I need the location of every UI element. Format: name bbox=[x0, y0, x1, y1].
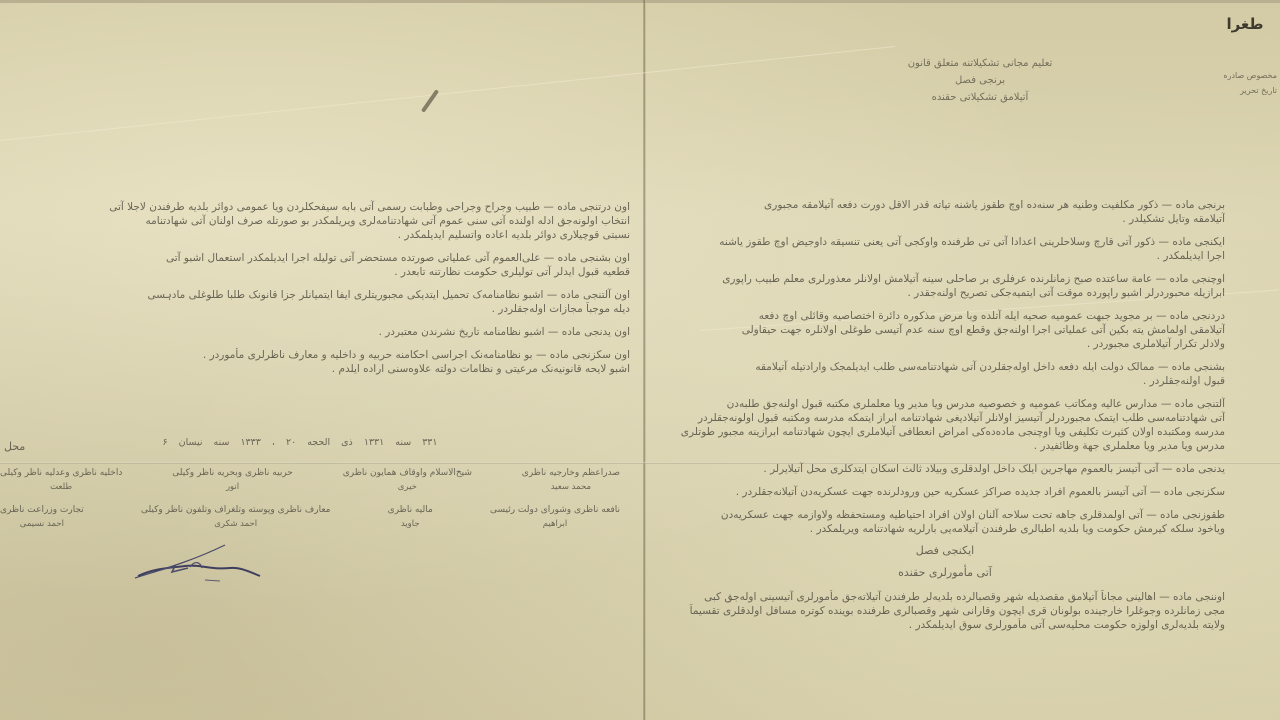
article-10: اوننجی ماده — اهالینی مجاناً آتیلامق مقص… bbox=[665, 590, 1225, 632]
chapter-title: برنجی فصل bbox=[880, 72, 1080, 89]
article-9: طقوزنجی ماده — آتی اولمدقلری جاهه تحت سل… bbox=[665, 508, 1225, 536]
article-16: اون آلتنجی ماده — اشبو نظامنامه‌ک تحمیل … bbox=[0, 288, 630, 316]
signature-block: مالیه ناظری جاوید bbox=[388, 503, 433, 531]
document-header: تعلیم مجانی تشکیلاتنه متعلق قانون برنجی … bbox=[880, 55, 1080, 106]
left-page-body: اون درتنجی ماده — طبیب وجراح وجراحی وطبا… bbox=[0, 200, 630, 385]
article-3: اوچنجی ماده — عامة ساعتده صبح زمانلرنده … bbox=[665, 272, 1225, 300]
tughra-subtext: مخصوص صادره تاریخ تحریر bbox=[1222, 68, 1277, 98]
article-5: بشنجی ماده — ممالک دولت ایله دفعه داخل ا… bbox=[665, 360, 1225, 388]
article-6: آلتنجی ماده — مدارس عالیه ومکاتب عمومیه … bbox=[665, 397, 1225, 453]
date-line: ۳۳۱ سنه ۱۳۳۱ ذی الحجه ۲۰ ، ۱۳۳۳ سنه نیسا… bbox=[150, 437, 450, 448]
article-18: اون سکزنجی ماده — بو نظامنامه‌نک اجراسی … bbox=[0, 348, 630, 376]
sultan-signature-icon bbox=[130, 540, 265, 585]
signature-block: صدراعظم وخارجیه ناظری محمد سعید bbox=[522, 466, 620, 494]
section-title: ایکنجی فصل bbox=[665, 540, 1225, 562]
margin-mark: محل bbox=[4, 440, 25, 453]
signatures-row-1: داخلیه ناظری وعدلیه ناظر وکیلی طلعت حربی… bbox=[0, 466, 620, 494]
article-8: سکزنجی ماده — آتی آتیسز بالعموم افراد جد… bbox=[665, 485, 1225, 499]
section-subtitle: آتی مأمورلری حقنده bbox=[665, 562, 1225, 584]
chapter-subtitle: آتیلامق تشکیلاتی حقنده bbox=[880, 89, 1080, 106]
signature-block: شیخ‌الاسلام واوقاف همایون ناظری خیری bbox=[343, 466, 472, 494]
document-title: تعلیم مجانی تشکیلاتنه متعلق قانون bbox=[880, 55, 1080, 72]
article-15: اون بشنجی ماده — علی‌العموم آتی عملیاتی … bbox=[0, 251, 630, 279]
tughra-seal: طغرا bbox=[1215, 15, 1275, 55]
article-17: اون یدنجی ماده — اشبو نظامنامه تاریخ نشر… bbox=[0, 325, 630, 339]
article-2: ایکنجی ماده — ذکور آتی قارچ وسلاحلرینی ا… bbox=[665, 235, 1225, 263]
signatures-row-2: تجارت وزراعت ناظری احمد نسیمی معارف ناظر… bbox=[0, 503, 620, 531]
paper-top-edge bbox=[0, 0, 1280, 3]
signature-block: حربیه ناظری وبحریه ناظر وکیلی انور bbox=[172, 466, 293, 494]
article-4: دردنجی ماده — بر مجوید جبهت عمومیه صحیه … bbox=[665, 309, 1225, 351]
article-1: برنجی ماده — ذکور مکلفیت وطنیه هر سنه‌ده… bbox=[665, 198, 1225, 226]
signature-block: تجارت وزراعت ناظری احمد نسیمی bbox=[0, 503, 84, 531]
article-7: یدنجی ماده — آتی آتیسز بالعموم مهاجرین ا… bbox=[665, 462, 1225, 476]
signature-block: معارف ناظری وپوسته وتلغراف وتلفون ناظر و… bbox=[141, 503, 331, 531]
signature-block: داخلیه ناظری وعدلیه ناظر وکیلی طلعت bbox=[0, 466, 122, 494]
center-fold bbox=[643, 0, 646, 720]
signature-block: نافعه ناظری وشورای دولت رئیسی ابراهیم bbox=[490, 503, 620, 531]
right-page-body: برنجی ماده — ذکور مکلفیت وطنیه هر سنه‌ده… bbox=[665, 198, 1225, 641]
article-14: اون درتنجی ماده — طبیب وجراح وجراحی وطبا… bbox=[0, 200, 630, 242]
